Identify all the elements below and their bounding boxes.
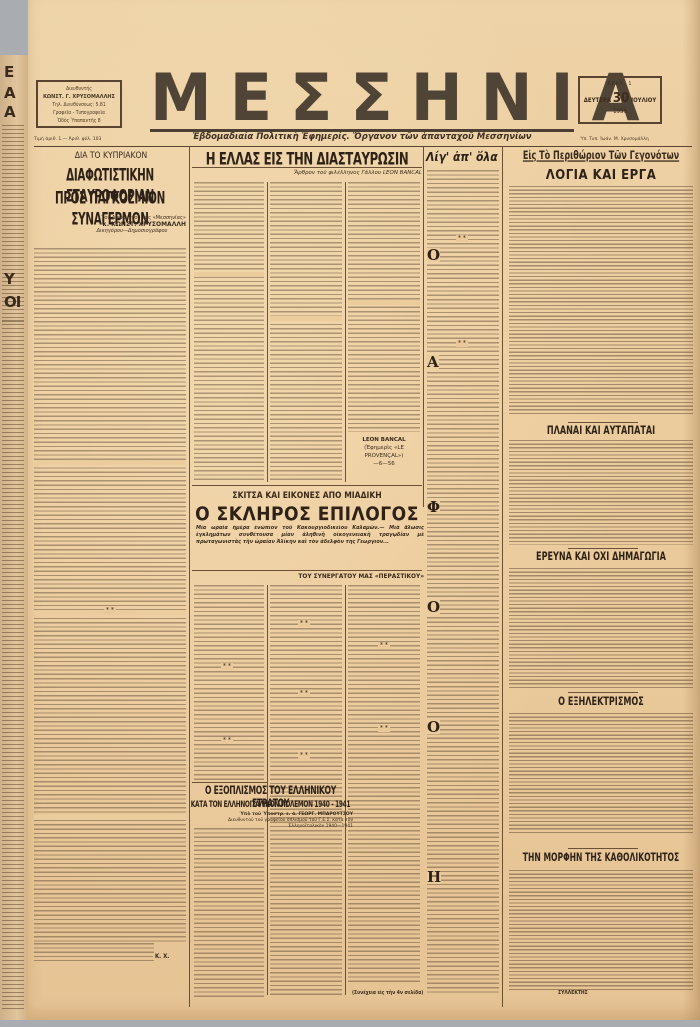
crossroads-signoff: LEON BANCAL (Ἐφημερὶς «LE PROVENÇAL») —6… (348, 436, 420, 468)
cyprus-kicker: ΔΙΑ ΤΟ ΚΥΠΡΙΑΚΟΝ (36, 151, 186, 161)
catholicity-headline: ΤΗΝ ΜΟΡΦΗΝ ΤΗΣ ΚΑΘΟΛΙΚΟΤΗΤΟΣ (506, 852, 696, 865)
catholicity-body (509, 870, 693, 990)
newspaper-title: ΜΕΣΣΗΝΙΑ (150, 67, 570, 130)
madiki-kicker: ΣΚΙΤΣΑ ΚΑΙ ΕΙΚΟΝΕΣ ΑΠΟ ΜΙΑΔΙΚΗ (192, 491, 422, 501)
cyprus-signature: Κ. Χ. (153, 953, 171, 960)
errors-headline: ΠΛΑΝΑΙ ΚΑΙ ΑΥΤΑΠΑΤΑΙ (506, 425, 696, 438)
electrification-body (509, 713, 693, 833)
madiki-continued: (Συνέχεια εἰς τὴν 4ν σελίδα) (350, 990, 425, 996)
crossroads-byline: Ἄρθρον τοῦ φιλέλληνος Γάλλου LEON BANCAL (288, 170, 422, 176)
column-rule (423, 147, 424, 507)
date-box: ΔΡΑΧ. 1 ΔΕΥΤΕΡΑ 30 ΙΟΥΛΙΟΥ 1956 (578, 76, 662, 124)
madiki-body-col1 (194, 585, 264, 780)
newspaper-tagline: Ἑβδομαδιαία Πολιτικὴ Ἐφημερίς. Ὄργανον τ… (150, 132, 574, 142)
margin-text (2, 320, 24, 1010)
margin-fragment: Υ (4, 270, 14, 288)
cyprus-body-text (34, 248, 186, 943)
electrification-headline: Ο ΕΞΗΛΕΚΤΡΙΣΜΟΣ (506, 696, 696, 709)
madiki-byline: ΤΟΥ ΣΥΝΕΡΓΑΤΟΥ ΜΑΣ «ΠΕΡΑΣΤΙΚΟΥ» (278, 572, 424, 580)
memoranda-kicker: Εἰς Τὸ Περιθώριον Τῶν Γεγονότων (506, 150, 696, 163)
memoranda-headline: ΛΟΓΙΑ ΚΑΙ ΕΡΓΑ (506, 168, 696, 183)
margin-fragment: E (4, 63, 13, 81)
armament-headline-2: ΚΑΤΑ ΤΟΝ ΕΛΛΗΝΟΙΤΑΛΙΚΟΝ ΠΟΛΕΜΟΝ 1940 - 1… (188, 799, 353, 809)
administration-box: Διευθυντής ΚΩΝΣΤ. Γ. ΧΡΥΣΟΜΑΛΛΗΣ Τηλ. Δι… (36, 80, 122, 128)
crossroads-body-col1 (194, 182, 264, 480)
research-body (509, 568, 693, 688)
column-rule (502, 147, 503, 1007)
printer-info: Ὑπ. Τυπ. Ἰωάν. Μ. Χρυσομάλλη (580, 137, 649, 142)
crossroads-body-col2 (270, 182, 342, 480)
research-headline: ΕΡΕΥΝΑ ΚΑΙ ΟΧΙ ΔΗΜΑΓΩΓΙΑ (506, 551, 696, 564)
madiki-subhead: Μία ωραία ἡμέρα ἐνώπιον τοῦ Κακουργιοδικ… (196, 525, 424, 569)
newspaper-page: Διευθυντής ΚΩΝΣΤ. Γ. ΧΡΥΣΟΜΑΛΛΗΣ Τηλ. Δι… (28, 0, 700, 1020)
armament-body (194, 828, 264, 998)
armament-signature: ΣΥΛΛΕΚΤΗΣ (556, 990, 590, 996)
cyprus-byline: Τοῦ Διευθυντοῦ τῆς «Μεσσηνίας» κ. ΚΩΝΣΤ.… (78, 215, 186, 234)
margin-fragment: A (4, 84, 15, 102)
masthead: Διευθυντής ΚΩΝΣΤ. Γ. ΧΡΥΣΟΜΑΛΛΗΣ Τηλ. Δι… (28, 0, 700, 146)
issue-info: Τιμὴ ἀριθ. 1.— Ἀριθ. φύλ. 103 (34, 137, 101, 142)
previous-page-edge: E A A Υ ΟΙ (0, 55, 29, 1020)
memoranda-body (509, 186, 693, 416)
crossroads-body-col3 (348, 182, 420, 432)
little-of-all-headline: Λίγ' ἀπ' ὅλα (426, 150, 500, 164)
masthead-bottom-rule (34, 146, 692, 147)
margin-fragment: ΟΙ (4, 293, 20, 311)
madiki-headline: Ο ΣΚΛΗΡΟΣ ΕΠΙΛΟΓΟΣ (192, 503, 422, 525)
errors-body (509, 440, 693, 545)
column-rule (189, 147, 190, 1007)
margin-fragment: A (4, 103, 15, 121)
